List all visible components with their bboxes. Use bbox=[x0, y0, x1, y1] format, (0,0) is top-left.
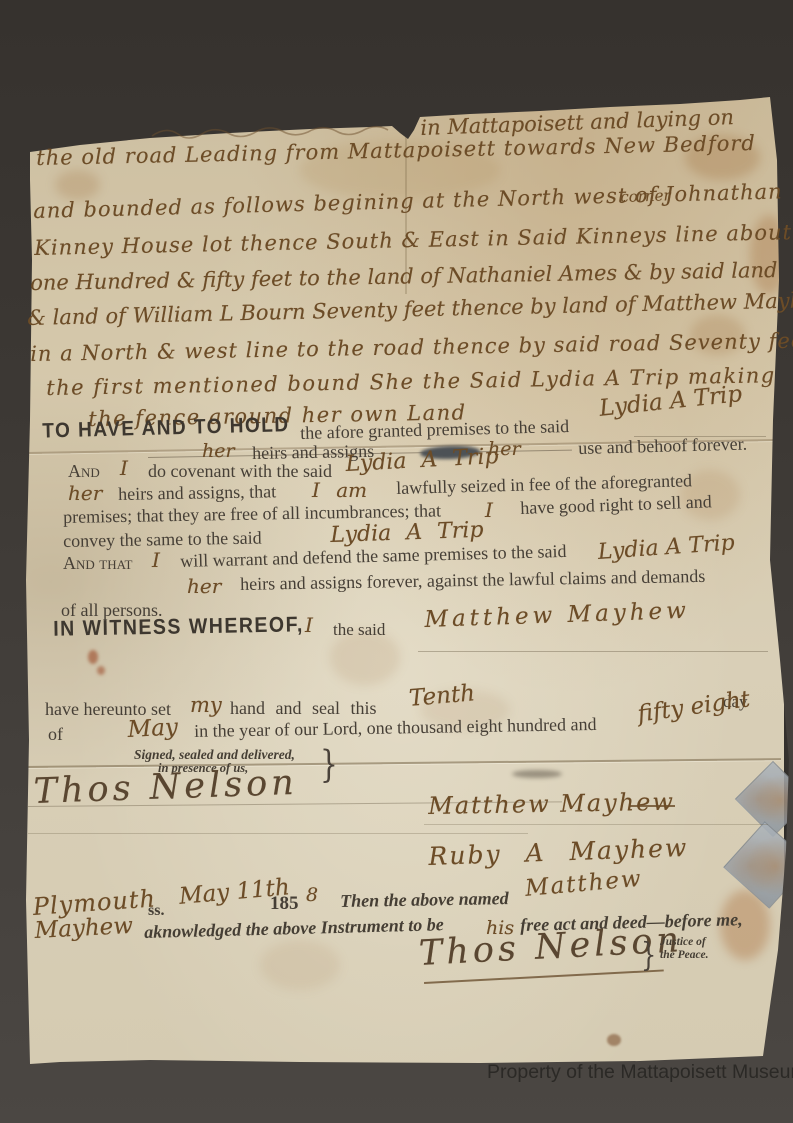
witness-text: of bbox=[48, 724, 63, 745]
covenant-text: do covenant with the said bbox=[148, 461, 332, 482]
stain bbox=[607, 1034, 621, 1046]
handwritten-month: May bbox=[127, 714, 179, 743]
covenant-text: heirs and assigns, that bbox=[118, 481, 276, 505]
ink-smudge bbox=[512, 770, 562, 778]
stain bbox=[88, 650, 98, 664]
covenant-and: And bbox=[68, 461, 100, 482]
ss-abbrev: ss. bbox=[148, 902, 164, 920]
handwritten-i: I bbox=[305, 613, 313, 637]
stain bbox=[260, 940, 340, 990]
acknowledged-name: Mayhew bbox=[34, 913, 134, 944]
handwritten-i: I bbox=[485, 498, 493, 522]
printed-year: 185 bbox=[270, 893, 299, 915]
handwritten-i-am: I am bbox=[312, 478, 367, 502]
justice-title: Justice of bbox=[660, 936, 706, 948]
stain bbox=[55, 170, 100, 200]
handwritten-her: her bbox=[68, 481, 102, 505]
museum-watermark: Property of the Mattapoisett Museum bbox=[487, 1061, 793, 1084]
covenant-text: convey the same to the said bbox=[63, 528, 262, 552]
justice-brace: } bbox=[641, 936, 656, 974]
handwritten-i: I bbox=[120, 456, 128, 480]
form-rule bbox=[418, 651, 768, 652]
scanned-deed-photo: in Mattapoisett and laying on the old ro… bbox=[0, 0, 793, 1123]
handwritten-my: my bbox=[190, 693, 222, 717]
form-rule bbox=[28, 833, 528, 834]
witness-text: hand and seal this bbox=[230, 698, 376, 719]
habendum-text: use and behoof forever. bbox=[578, 434, 747, 459]
handwritten-her: her bbox=[187, 574, 221, 598]
witness-heading: IN WITNESS WHEREOF, bbox=[53, 613, 304, 643]
form-rule bbox=[424, 824, 768, 825]
grantor-signature: Matthew Mayhew bbox=[428, 788, 675, 820]
acknowledgment-text: Then the above named bbox=[340, 888, 509, 912]
covenant-and-that: And that bbox=[63, 553, 133, 574]
attestation-brace: } bbox=[320, 742, 338, 787]
handwritten-i: I bbox=[152, 548, 160, 572]
justice-title: the Peace. bbox=[660, 949, 709, 961]
witness-text: the said bbox=[333, 620, 385, 640]
stain bbox=[97, 666, 105, 675]
handwritten-year-digit: 8 bbox=[306, 884, 318, 906]
handwritten-her: her bbox=[202, 440, 235, 462]
